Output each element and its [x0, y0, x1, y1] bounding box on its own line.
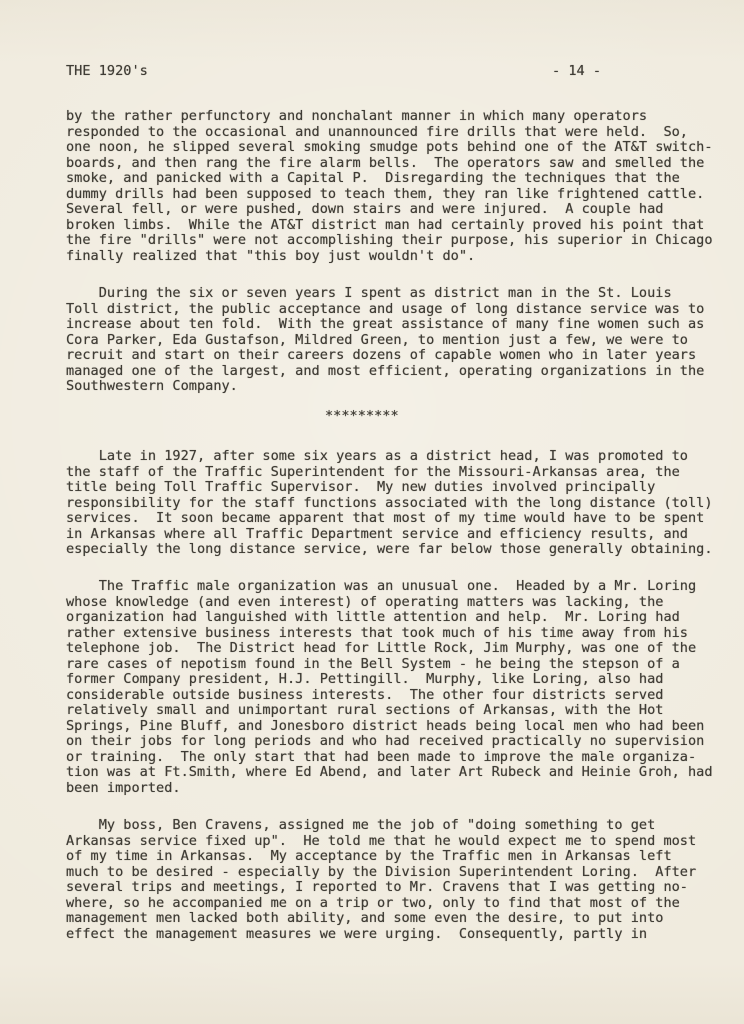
page-number: - 14 -: [552, 64, 601, 80]
paragraph-traffic-male-organization: The Traffic male organization was an unu…: [66, 579, 713, 796]
page-header: THE 1920's - 14 -: [0, 64, 744, 80]
paragraph-ben-cravens-assignment: My boss, Ben Cravens, assigned me the jo…: [66, 818, 696, 942]
page-title: THE 1920's: [66, 64, 148, 80]
paragraph-promotion-1927: Late in 1927, after some six years as a …: [66, 449, 713, 558]
paragraph-st-louis-toll-district: During the six or seven years I spent as…: [66, 286, 704, 395]
scanned-document-page: THE 1920's - 14 - by the rather perfunct…: [0, 0, 744, 1024]
section-separator: *********: [325, 409, 399, 425]
paragraph-fire-drills: by the rather perfunctory and nonchalant…: [66, 109, 713, 264]
